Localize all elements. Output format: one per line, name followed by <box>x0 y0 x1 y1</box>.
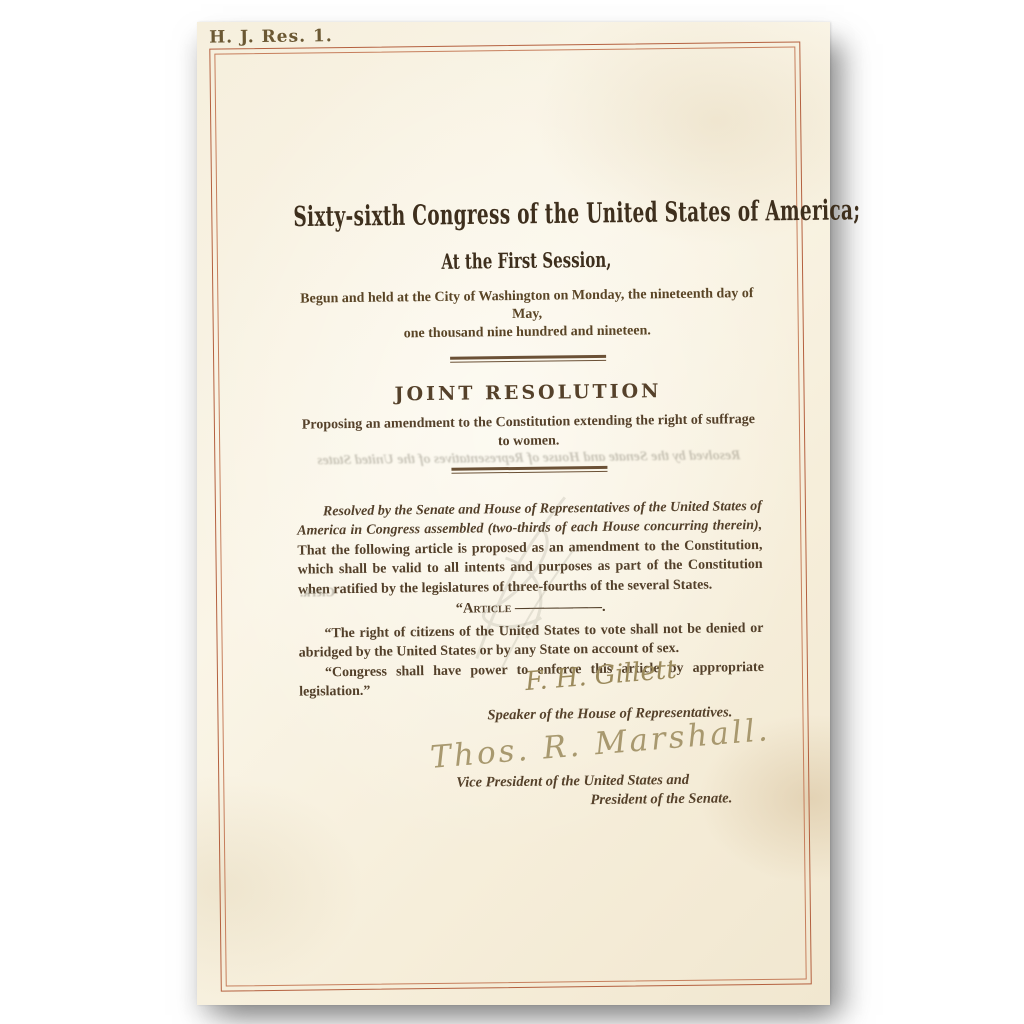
ink-bleedthrough-flourish <box>445 487 597 679</box>
resolution-subtitle: Proposing an amendment to the Constituti… <box>296 411 761 454</box>
convening-line-2: one thousand nine hundred and nineteen. <box>404 323 651 341</box>
subtitle-line-1: Proposing an amendment to the Constituti… <box>302 412 755 433</box>
vp-title-line-2: President of the Senate. <box>456 789 732 811</box>
convening-statement: Begun and held at the City of Washington… <box>294 285 760 345</box>
ink-bleedthrough-clerk: Clerk. <box>300 584 335 600</box>
subtitle-line-2: to women. <box>498 433 560 449</box>
joint-resolution-title: JOINT RESOLUTION <box>295 379 760 407</box>
session-heading: At the First Session, <box>294 241 759 280</box>
document-body: Resolved by the Senate and House of Repr… <box>291 42 767 991</box>
document-page: H. J. Res. 1. Resolved by the Senate and… <box>197 22 830 1005</box>
page-content-wrapper: H. J. Res. 1. Resolved by the Senate and… <box>191 18 836 1009</box>
vp-title-line-1: Vice President of the United States and <box>456 772 689 791</box>
resolution-number: H. J. Res. 1. <box>209 26 333 48</box>
congress-heading: Sixty-sixth Congress of the United State… <box>293 190 759 241</box>
convening-line-1: Begun and held at the City of Washington… <box>300 286 753 322</box>
vice-president-title: Vice President of the United States and … <box>456 770 732 811</box>
divider-rule-top <box>450 355 606 363</box>
